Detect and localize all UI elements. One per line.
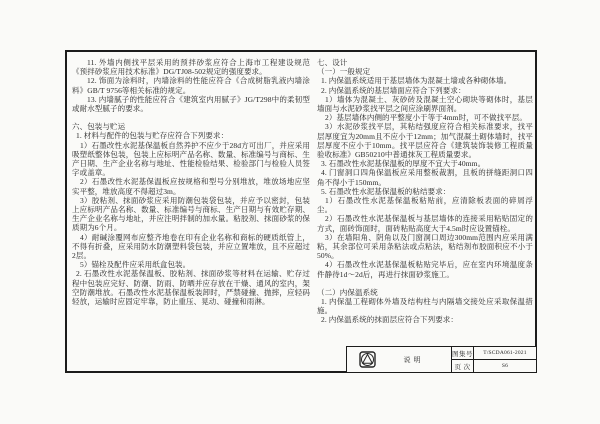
paragraph: 13. 内墙腻子的性能应符合《建筑室内用腻子》JG/T298中的柔韧型或耐水型腻… [72, 95, 310, 113]
atlas-no-value: T/SCDA061-2021 [473, 346, 536, 359]
paragraph: 4）石墨改性水泥基保温板粘贴完毕后，应在室内环境温度条件静待1d～2d后，再进行… [317, 260, 533, 278]
paragraph: 4）耐碱涂覆网布应整齐地卷在印有企业名称和商标的硬质纸管上，不得有折叠，应采用防… [72, 233, 310, 261]
paragraph: 1. 内保温系统适用于基层墙体为混凝土墙或各种砌体墙。 [317, 76, 533, 85]
paragraph: 1. 材料与配件的包装与贮存应符合下列要求： [72, 131, 310, 140]
paragraph: 5. 石墨改性水泥基保温板的粘结要求： [317, 187, 533, 196]
paragraph: 4. 门窗洞口四角保温板应采用整板裁割，且板的拼缝距洞口四角不得小于150mm。 [317, 168, 533, 186]
publisher-logo-icon [359, 351, 376, 368]
paragraph: 2. 内保温系统的基层墙面应符合下列要求： [317, 86, 533, 95]
paragraph: 12. 饰面为涂料时，内墙涂料的性能应符合《合成树脂乳液内墙涂料》GB/T 97… [72, 76, 310, 94]
left-text-column: 11. 外墙内侧找平层采用的预拌砂浆应符合上海市工程建设规范《预拌砂浆应用技术标… [72, 58, 310, 306]
paragraph: 11. 外墙内侧找平层采用的预拌砂浆应符合上海市工程建设规范《预拌砂浆应用技术标… [72, 58, 310, 76]
paragraph: 2）石墨改性水泥基保温板与基层墙体的连接采用粘贴固定的方式，面砖饰面时，面砖粘贴… [317, 214, 533, 232]
paragraph: 3）水泥砂浆找平层，其粘结强度应符合相关标准要求，找平层厚度宜为20mm且不应小… [317, 122, 533, 159]
right-text-column: 七、设计（一）一般规定1. 内保温系统适用于基层墙体为混凝土墙或各种砌体墙。2.… [317, 58, 533, 325]
page-no-value: S6 [473, 359, 536, 372]
paragraph: 1）墙体为混凝土、灰砂砖及混凝土空心砌块等砌体时，基层墙面与水泥砂浆找平层之间应… [317, 95, 533, 113]
title-block-main-cell: 说明 [346, 346, 451, 372]
sheet-title: 说明 [376, 355, 451, 365]
page-no-label: 页 次 [451, 359, 473, 372]
atlas-no-label: 图集号 [451, 346, 473, 359]
paragraph: 3）胶粘剂、抹面砂浆应采用防潮包装袋包装，并应予以密封，包装上应标明产品名称、数… [72, 196, 310, 233]
paragraph: 七、设计 [317, 58, 533, 67]
paragraph: 2. 石墨改性水泥基保温板、胶粘剂、抹面砂浆等材料在运输、贮存过程中包装应完好、… [72, 269, 310, 306]
paragraph: （二）内保温系统 [317, 288, 533, 297]
paragraph: 2. 内保温系统的抹面层应符合下列要求： [317, 315, 533, 324]
paragraph: 1. 内保温工程砌体外墙及结构柱与内隔墙交接处应采取保温措施。 [317, 297, 533, 315]
paragraph: 2）石墨改性水泥基保温板应按规格和型号分别堆放，堆放场地应坚实平整，堆放高度不得… [72, 177, 310, 195]
title-block: 说明 图集号 T/SCDA061-2021 页 次 S6 [346, 346, 536, 372]
paragraph: 1）石墨改性水泥基保温板自然养护不应少于28d方可出厂，并应采用吸塑纸整体包装，… [72, 141, 310, 178]
drawing-sheet-frame: 11. 外墙内侧找平层采用的预拌砂浆应符合上海市工程建设规范《预拌砂浆应用技术标… [65, 50, 537, 373]
paragraph: 3）在墙阳角、阴角以及门窗洞口周边300mm范围内应采用满粘，其余部位可采用条粘… [317, 233, 533, 261]
paragraph: 1）石墨改性水泥基保温板粘贴前，应清除板表面的碎屑浮尘。 [317, 196, 533, 214]
